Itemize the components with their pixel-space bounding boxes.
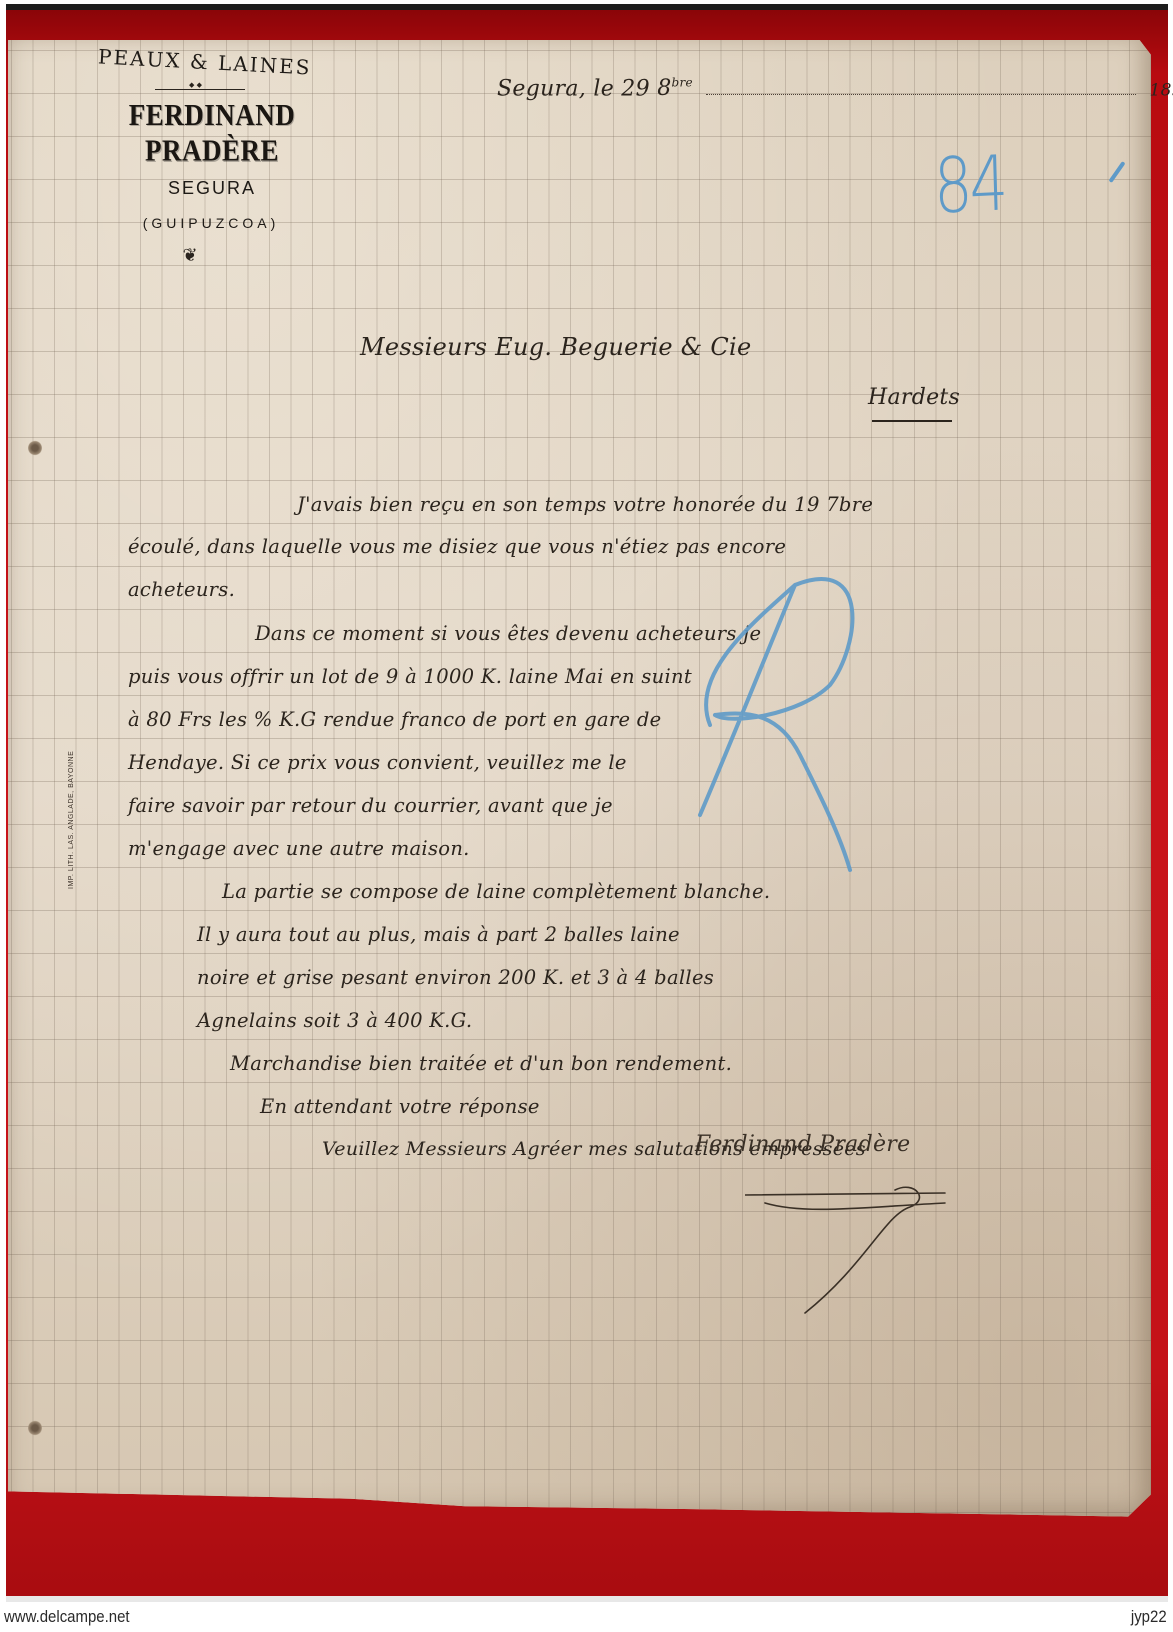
punch-hole: [28, 440, 42, 456]
letter-body-line: Agnelains soit 3 à 400 K.G.: [197, 1009, 472, 1032]
letter-body-line: Hendaye. Si ce prix vous convient, veuil…: [128, 751, 627, 774]
letterhead: PEAUX & LAINES FERDINAND PRADÈRE SEGURA …: [50, 50, 350, 266]
letterhead-company-name: FERDINAND PRADÈRE: [74, 97, 350, 168]
letter-body-line: La partie se compose de laine complèteme…: [222, 880, 770, 903]
letter-body-line: noire et grise pesant environ 200 K. et …: [197, 966, 714, 989]
letterhead-town: SEGURA: [74, 178, 350, 199]
dateline-month: 8bre: [657, 76, 693, 101]
letter-body-line: puis vous offrir un lot de 9 à 1000 K. l…: [128, 665, 692, 688]
letter-body-line: acheteurs.: [128, 578, 235, 601]
watermark-user: jyp22: [1131, 1607, 1167, 1627]
dateline: Segura, le 29 8bre 1899.: [497, 76, 1173, 101]
letter-body-line: Marchandise bien traitée et d'un bon ren…: [230, 1052, 732, 1075]
recipient-line: Messieurs Eug. Beguerie & Cie: [360, 333, 752, 361]
punch-hole: [28, 1420, 42, 1436]
blue-pencil-file-number: 84: [933, 138, 1006, 230]
letter-body-line: J'avais bien reçu en son temps votre hon…: [297, 493, 873, 516]
letterhead-trade: PEAUX & LAINES: [98, 44, 313, 79]
watermark-site: www.delcampe.net: [4, 1607, 130, 1627]
letter-body-line: m'engage avec une autre maison.: [128, 837, 470, 860]
letter-body-line: Il y aura tout au plus, mais à part 2 ba…: [197, 923, 680, 946]
recipient-city-underline: [872, 420, 952, 422]
ornament-icon: ❦: [30, 245, 350, 266]
dateline-year: 1899.: [1150, 80, 1173, 100]
letterhead-divider: [155, 84, 245, 94]
letter-body-line: Dans ce moment si vous êtes devenu achet…: [255, 622, 761, 645]
dateline-dotted-rule: [706, 94, 1136, 95]
letterhead-province: (GUIPUZCOA): [72, 215, 350, 231]
dateline-place: Segura, le 29: [497, 76, 650, 101]
letter-body-line: à 80 Frs les % K.G rendue franco de port…: [128, 708, 662, 731]
letter-body-line: écoulé, dans laquelle vous me disiez que…: [128, 535, 786, 558]
printer-imprint: IMP. LITH. LAS. ANGLADE, BAYONNE: [68, 735, 86, 905]
signature: Ferdinand Pradère: [695, 1132, 910, 1157]
letter-body-line: faire savoir par retour du courrier, ava…: [128, 794, 613, 817]
letter-body-line: En attendant votre réponse: [260, 1095, 540, 1118]
recipient-city: Hardets: [868, 385, 960, 410]
